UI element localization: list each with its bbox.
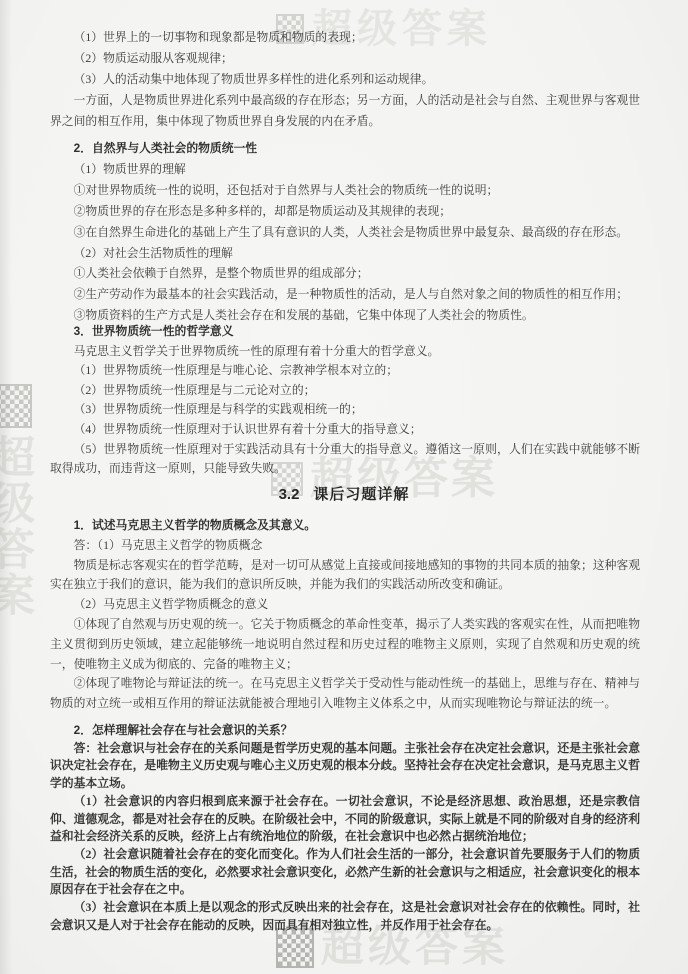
paragraph: （3）世界物质统一性原理是与科学的实践观相统一的； (50, 400, 640, 420)
section-intro: （1）世界上的一切事物和现象都是物质和物质的表现； （2）物质运动服从客观规律；… (50, 27, 640, 132)
question-heading: 2．怎样理解社会存在与社会意识的关系？ (50, 722, 640, 740)
answer-paragraph: （3）社会意识在本质上是以观念的形式反映出来的社会存在，这是社会意识对社会存在的… (50, 899, 640, 934)
qr-seal-logo-icon (0, 384, 32, 428)
paragraph: （1）物质世界的理解 (50, 159, 640, 180)
question-heading: 1．试述马克思主义哲学的物质概念及其意义。 (50, 516, 640, 536)
paragraph: （2）对社会生活物质性的理解 (50, 243, 640, 264)
paragraph: ①对世界物质统一性的说明，还包括对于自然界与人类社会的物质统一性的说明； (50, 180, 640, 201)
paragraph: （2）世界物质统一性原理是与二元论对立的； (50, 381, 640, 401)
paragraph: ②生产劳动作为最基本的社会实践活动，是一种物质性的活动，是人与自然对象之间的物质… (50, 284, 640, 305)
section-3-philosophical-significance: 3．世界物质统一性的哲学意义 马克思主义哲学关于世界物质统一性的原理有着十分重大… (50, 322, 640, 479)
answer-paragraph: ②体现了唯物论与辩证法的统一。在马克思主义哲学关于受动性与能动性统一的基础上，思… (50, 674, 640, 714)
list-item: （1）世界上的一切事物和现象都是物质和物质的表现； (50, 27, 640, 48)
scanned-book-page: 超级答案 超级答案 超级答案 超级答案 （1）世界上的一切事物和现象都是物质和物… (0, 0, 688, 974)
section-title: 课后习题详解 (313, 486, 409, 503)
watermark-text: 超级答案 (0, 434, 30, 618)
section-heading: 2．自然界与人类社会的物质统一性 (50, 138, 640, 159)
paragraph: （1）世界物质统一性原理是与唯心论、宗教神学根本对立的； (50, 361, 640, 381)
paragraph: ③在自然界生命进化的基础上产生了具有意识的人类，人类社会是物质世界中最复杂、最高… (50, 222, 640, 243)
answer-paragraph: 答：（1）马克思主义哲学的物质概念 (50, 536, 640, 556)
answer-paragraph: （1）社会意识的内容归根到底来源于社会存在。一切社会意识，不论是经济思想、政治思… (50, 793, 640, 846)
answer-paragraph: （2）马克思主义哲学物质概念的意义 (50, 595, 640, 615)
exercise-question-2: 2．怎样理解社会存在与社会意识的关系？ 答：社会意识与社会存在的关系问题是哲学历… (50, 722, 640, 934)
answer-paragraph: 答：社会意识与社会存在的关系问题是哲学历史观的基本问题。主张社会存在决定社会意识… (50, 740, 640, 793)
list-item: （2）物质运动服从客观规律； (50, 48, 640, 69)
chapter-section-heading: 3.2课后习题详解 (0, 483, 688, 504)
answer-paragraph: ①体现了自然观与历史观的统一。它关于物质概念的革命性变革，揭示了人类实践的客观实… (50, 615, 640, 674)
answer-paragraph: （2）社会意识随着社会存在的变化而变化。作为人们社会生活的一部分，社会意识首先要… (50, 846, 640, 899)
section-number: 3.2 (279, 486, 300, 503)
section-2-material-unity: 2．自然界与人类社会的物质统一性 （1）物质世界的理解 ①对世界物质统一性的说明… (50, 138, 640, 326)
answer-paragraph: 物质是标志客观实在的哲学范畴，是对一切可从感觉上直接或间接地感知的事物的共同本质… (50, 556, 640, 596)
paragraph: （4）世界物质统一性原理对于认识世界有着十分重大的指导意义； (50, 420, 640, 440)
paragraph: ②物质世界的存在形态是多种多样的，却都是物质运动及其规律的表现； (50, 201, 640, 222)
list-item: （3）人的活动集中地体现了物质世界多样性的进化系列和运动规律。 (50, 69, 640, 90)
exercise-question-1: 1．试述马克思主义哲学的物质概念及其意义。 答：（1）马克思主义哲学的物质概念 … (50, 516, 640, 714)
paragraph: 一方面，人是物质世界进化系列中最高级的存在形态；另一方面，人的活动是社会与自然、… (50, 90, 640, 132)
paragraph: ①人类社会依赖于自然界，是整个物质世界的组成部分； (50, 263, 640, 284)
section-heading: 3．世界物质统一性的哲学意义 (50, 322, 640, 342)
paragraph: （5）世界物质统一性原理对于实践活动具有十分重大的指导意义。遵循这一原则，人们在… (50, 440, 640, 479)
paragraph: 马克思主义哲学关于世界物质统一性的原理有着十分重大的哲学意义。 (50, 342, 640, 362)
